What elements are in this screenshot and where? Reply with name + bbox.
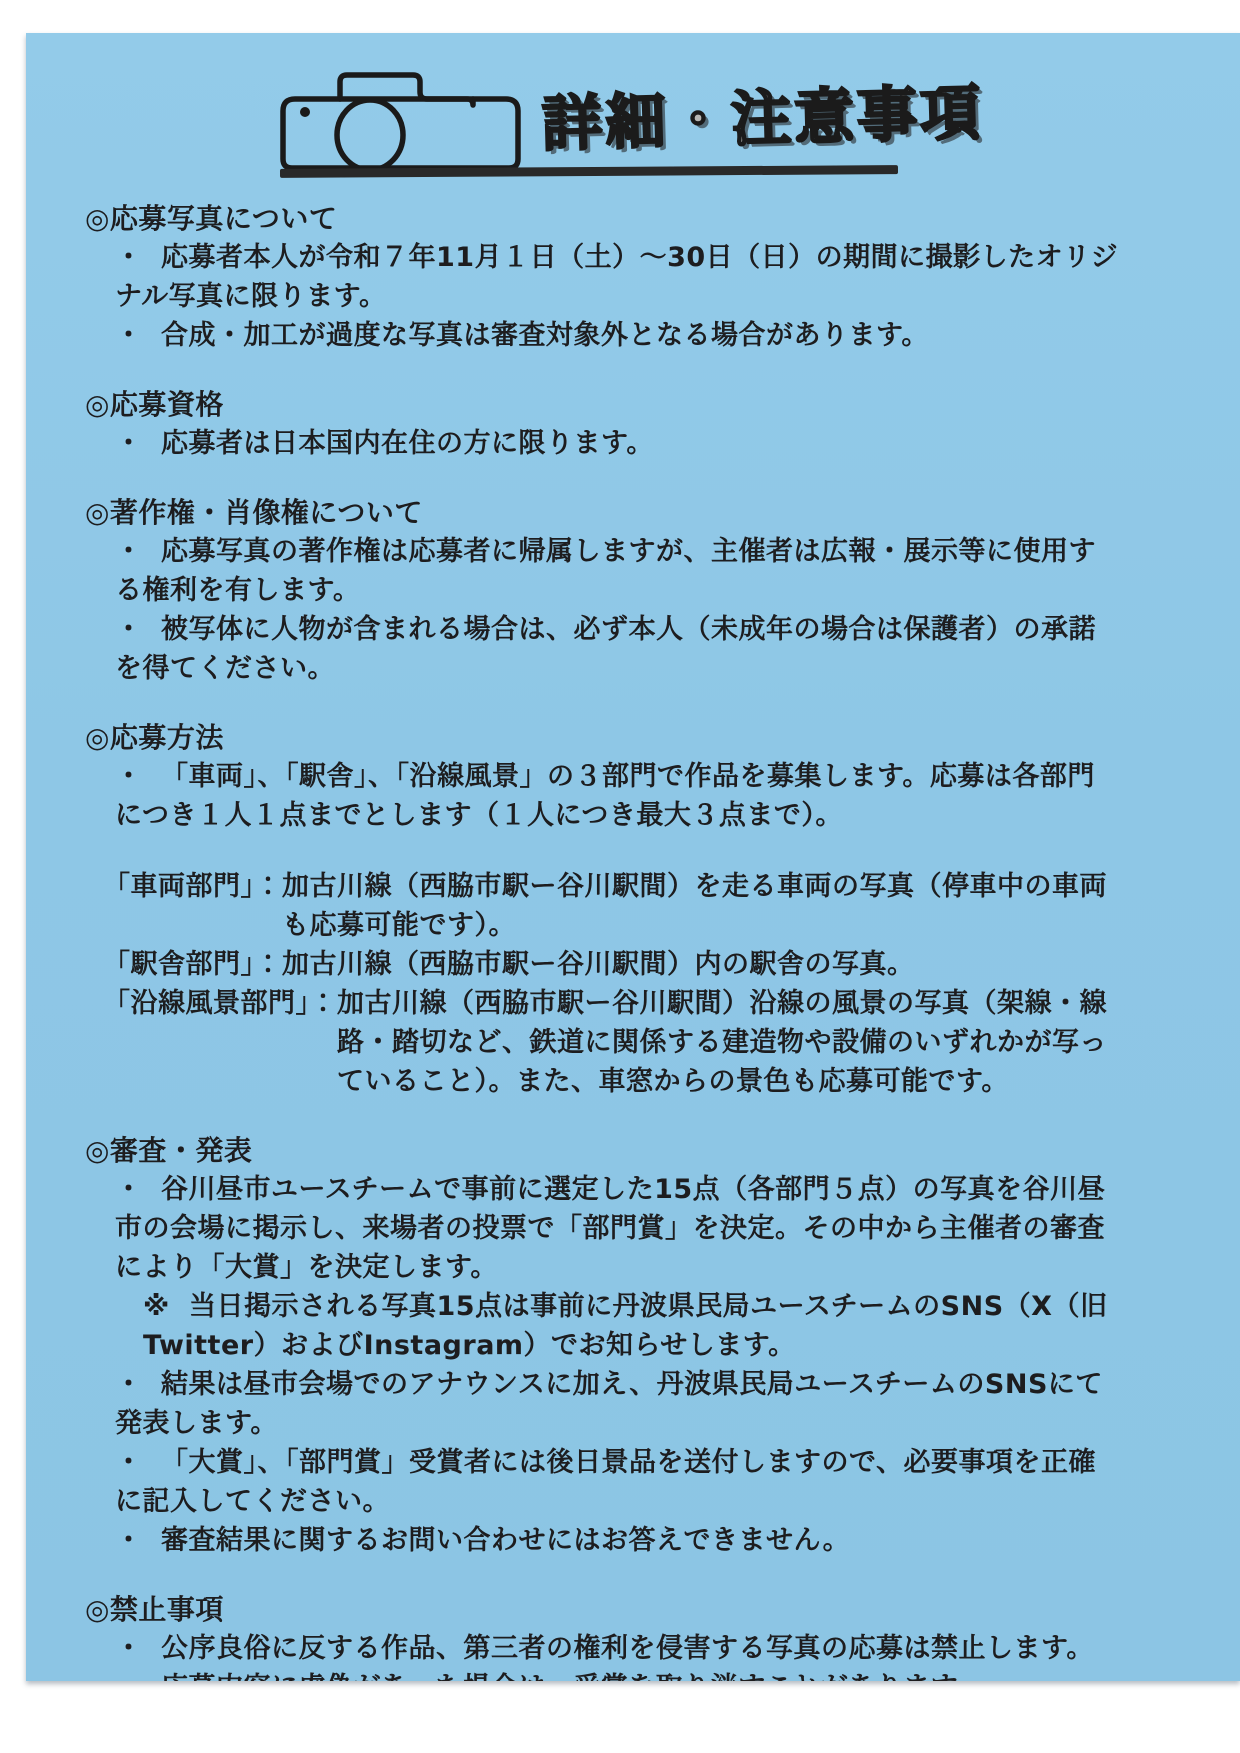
bullet-marker: ・ <box>115 238 161 277</box>
section-heading: ◎応募方法 <box>85 718 1120 757</box>
bullet-marker: ・ <box>115 316 161 355</box>
section-photo-rules: ◎応募写真について ・応募者本人が令和７年11月１日（土）～30日（日）の期間に… <box>85 199 1120 355</box>
definition-label: 「車両部門」： <box>103 867 282 945</box>
list-item: ・応募内容に虚偽があった場合は、受賞を取り消すことがあります。 <box>85 1668 1120 1681</box>
item-text: 応募内容に虚偽があった場合は、受賞を取り消すことがあります。 <box>161 1672 984 1681</box>
category-definitions: 「車両部門」：加古川線（西脇市駅ー谷川駅間）を走る車両の写真（停車中の車両も応募… <box>85 867 1120 1101</box>
item-text: 合成・加工が過度な写真は審査対象外となる場合があります。 <box>161 320 929 351</box>
item-text: 応募写真の著作権は応募者に帰属しますが、主催者は広報・展示等に使用する権利を有し… <box>115 536 1096 606</box>
section-heading: ◎審査・発表 <box>85 1131 1120 1170</box>
section-heading: ◎著作権・肖像権について <box>85 493 1120 532</box>
section-prohibited: ◎禁止事項 ・公序良俗に反する作品、第三者の権利を侵害する写真の応募は禁止します… <box>85 1590 1120 1681</box>
section-copyright: ◎著作権・肖像権について ・応募写真の著作権は応募者に帰属しますが、主催者は広報… <box>85 493 1120 688</box>
document-body: ◎応募写真について ・応募者本人が令和７年11月１日（土）～30日（日）の期間に… <box>26 185 1240 1681</box>
definition-text: 加古川線（西脇市駅ー谷川駅間）沿線の風景の写真（架線・線路・踏切など、鉄道に関係… <box>337 984 1120 1101</box>
item-text: 「車両」、「駅舎」、「沿線風景」の３部門で作品を募集します。応募は各部門につき１… <box>115 761 1095 831</box>
item-text: 応募者は日本国内在住の方に限ります。 <box>161 428 654 459</box>
item-text: 審査結果に関するお問い合わせにはお答えできません。 <box>161 1525 850 1556</box>
list-item: ・結果は昼市会場でのアナウンスに加え、丹波県民局ユースチームのSNSにて発表しま… <box>85 1365 1120 1443</box>
list-item: ・「大賞」、「部門賞」受賞者には後日景品を送付しますので、必要事項を正確に記入し… <box>85 1443 1120 1521</box>
item-text: 結果は昼市会場でのアナウンスに加え、丹波県民局ユースチームのSNSにて発表します… <box>115 1369 1103 1439</box>
list-item: ・被写体に人物が含まれる場合は、必ず本人（未成年の場合は保護者）の承諾を得てくだ… <box>85 610 1120 688</box>
bullet-marker: ・ <box>115 1443 161 1482</box>
section-heading: ◎禁止事項 <box>85 1590 1120 1629</box>
item-text: 当日掲示される写真15点は事前に丹波県民局ユースチームのSNS（X（旧Twitt… <box>143 1291 1108 1361</box>
section-heading: ◎応募資格 <box>85 385 1120 424</box>
camera-icon <box>278 67 523 171</box>
definition-label: 「駅舎部門」： <box>103 945 282 984</box>
page-header: 詳細・注意事項 <box>26 57 1240 185</box>
bullet-marker: ・ <box>115 532 161 571</box>
item-text: 「大賞」、「部門賞」受賞者には後日景品を送付しますので、必要事項を正確に記入して… <box>115 1447 1096 1517</box>
list-item: ・応募者は日本国内在住の方に限ります。 <box>85 424 1120 463</box>
item-text: 谷川昼市ユースチームで事前に選定した15点（各部門５点）の写真を谷川昼市の会場に… <box>115 1174 1105 1283</box>
definition-item: 「車両部門」：加古川線（西脇市駅ー谷川駅間）を走る車両の写真（停車中の車両も応募… <box>85 867 1120 945</box>
item-text: 被写体に人物が含まれる場合は、必ず本人（未成年の場合は保護者）の承諾を得てくださ… <box>115 614 1096 684</box>
list-item: ・応募者本人が令和７年11月１日（土）～30日（日）の期間に撮影したオリジナル写… <box>85 238 1120 316</box>
list-item: ・「車両」、「駅舎」、「沿線風景」の３部門で作品を募集します。応募は各部門につき… <box>85 757 1120 835</box>
list-item: ・審査結果に関するお問い合わせにはお答えできません。 <box>85 1521 1120 1560</box>
item-text: 応募者本人が令和７年11月１日（土）～30日（日）の期間に撮影したオリジナル写真… <box>115 242 1118 312</box>
section-how-to-apply: ◎応募方法 ・「車両」、「駅舎」、「沿線風景」の３部門で作品を募集します。応募は… <box>85 718 1120 1101</box>
bullet-marker: ・ <box>115 1170 161 1209</box>
definition-item: 「駅舎部門」：加古川線（西脇市駅ー谷川駅間）内の駅舎の写真。 <box>85 945 1120 984</box>
section-judging: ◎審査・発表 ・谷川昼市ユースチームで事前に選定した15点（各部門５点）の写真を… <box>85 1131 1120 1560</box>
definition-item: 「沿線風景部門」：加古川線（西脇市駅ー谷川駅間）沿線の風景の写真（架線・線路・踏… <box>85 984 1120 1101</box>
definition-label: 「沿線風景部門」： <box>103 984 337 1101</box>
bullet-marker: ・ <box>115 1521 161 1560</box>
list-item: ・谷川昼市ユースチームで事前に選定した15点（各部門５点）の写真を谷川昼市の会場… <box>85 1170 1120 1287</box>
list-item: ・公序良俗に反する作品、第三者の権利を侵害する写真の応募は禁止します。 <box>85 1629 1120 1668</box>
item-text: 公序良俗に反する作品、第三者の権利を侵害する写真の応募は禁止します。 <box>161 1633 1094 1664</box>
bullet-marker: ・ <box>115 610 161 649</box>
page-title: 詳細・注意事項 <box>541 65 984 163</box>
note-marker: ※ <box>143 1287 189 1326</box>
note-item: ※当日掲示される写真15点は事前に丹波県民局ユースチームのSNS（X（旧Twit… <box>85 1287 1120 1365</box>
definition-text: 加古川線（西脇市駅ー谷川駅間）を走る車両の写真（停車中の車両も応募可能です）。 <box>282 867 1120 945</box>
bullet-marker: ・ <box>115 1668 161 1681</box>
bullet-marker: ・ <box>115 1629 161 1668</box>
section-heading: ◎応募写真について <box>85 199 1120 238</box>
definition-text: 加古川線（西脇市駅ー谷川駅間）内の駅舎の写真。 <box>282 945 1120 984</box>
scanned-flyer-page: 詳細・注意事項 ◎応募写真について ・応募者本人が令和７年11月１日（土）～30… <box>26 33 1240 1681</box>
list-item: ・合成・加工が過度な写真は審査対象外となる場合があります。 <box>85 316 1120 355</box>
bullet-marker: ・ <box>115 424 161 463</box>
section-eligibility: ◎応募資格 ・応募者は日本国内在住の方に限ります。 <box>85 385 1120 463</box>
list-item: ・応募写真の著作権は応募者に帰属しますが、主催者は広報・展示等に使用する権利を有… <box>85 532 1120 610</box>
bullet-marker: ・ <box>115 757 161 796</box>
bullet-marker: ・ <box>115 1365 161 1404</box>
